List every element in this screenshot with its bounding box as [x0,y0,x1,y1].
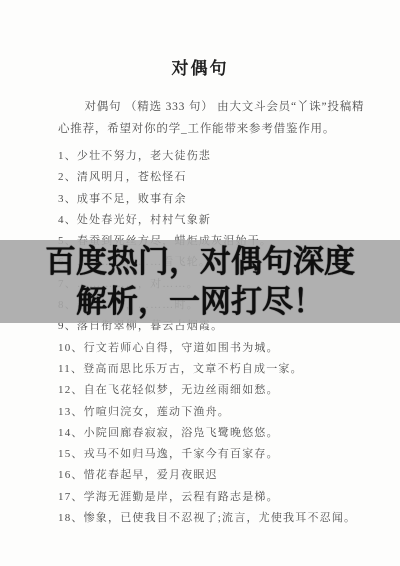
scanned-document-page: 对偶句 对偶句 （精选 333 句） 由大文斗会员“丫诛”投稿精 心推荐，希望对… [0,0,400,566]
list-item: 13、竹喧归浣女，莲动下渔舟。 [58,402,360,423]
list-item: 12、自在飞花轻似梦，无边丝雨细如愁。 [58,380,360,401]
list-item: 14、小院回廊春寂寂，浴凫飞鹭晚悠悠。 [58,423,360,444]
list-item: 11、登高而思比乐万古，文章不朽自成一家。 [58,359,360,380]
list-item: 18、惨象，已使我目不忍视了;流言，尤使我耳不忍闻。 [58,508,360,529]
list-item: 10、行文若师心自得，守道如围书为城。 [58,338,360,359]
list-item: 3、成事不足，败事有余 [58,189,360,210]
banner-text-line-1: 百度热门，对偶句深度 [45,242,355,282]
document-title: 对偶句 [0,0,400,81]
couplet-list: 1、少壮不努力，老大徒伤悲2、清风明月，苍松怪石3、成事不足，败事有余4、处处春… [58,146,360,529]
list-item: 16、惜花春起早，爱月夜眠迟 [58,465,360,486]
banner-text-line-2: 解析，一网打尽！ [76,282,324,322]
intro-paragraph: 对偶句 （精选 333 句） 由大文斗会员“丫诛”投稿精 心推荐，希望对你的学_… [58,96,348,140]
list-item: 17、学海无涯勤是岸，云程有路志是梯。 [58,487,360,508]
list-item: 1、少壮不努力，老大徒伤悲 [58,146,360,167]
list-item: 4、处处春光好，村村气象新 [58,210,360,231]
list-item: 2、清风明月，苍松怪石 [58,167,360,188]
intro-line-2: 心推荐，希望对你的学_工作能带来参考借鉴作用。 [58,118,348,140]
promo-overlay-banner: 百度热门，对偶句深度 解析，一网打尽！ [0,240,400,323]
list-item: 15、戎马不如归马逸，千家今有百家存。 [58,444,360,465]
intro-line-1: 对偶句 （精选 333 句） 由大文斗会员“丫诛”投稿精 [58,96,348,118]
